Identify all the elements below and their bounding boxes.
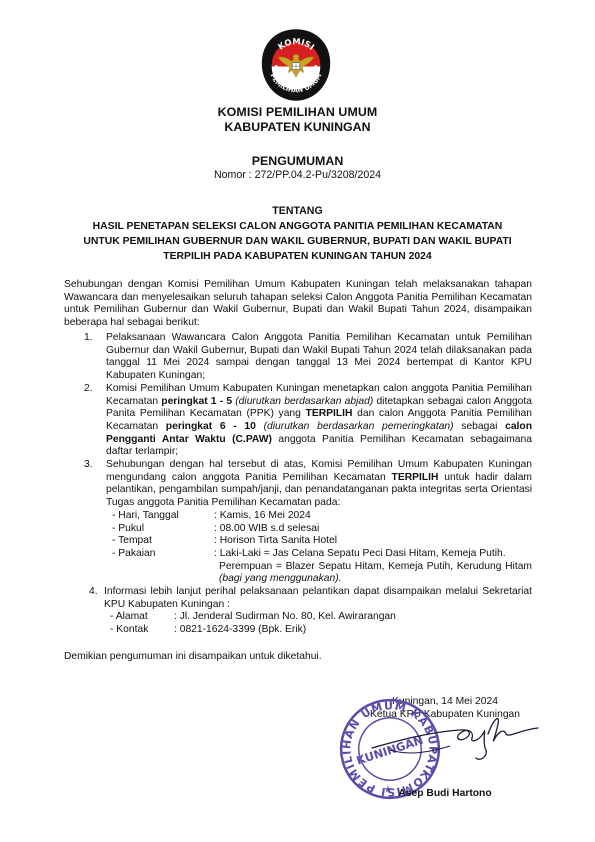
item-text: Pelaksanaan Wawancara Calon Anggota Pani… bbox=[106, 332, 532, 381]
list-item: 4. Informasi lebih lanjut perihal pelaks… bbox=[64, 586, 532, 637]
event-attire-row: - Pakaian : Laki-Laki = Jas Celana Sepat… bbox=[112, 548, 532, 586]
closing-statement: Demikian pengumuman ini disampaikan untu… bbox=[64, 651, 322, 662]
event-time-row: - Pukul : 08.00 WIB s.d selesai bbox=[112, 523, 532, 536]
organization-name: KOMISI PEMILIHAN UMUM bbox=[0, 105, 595, 119]
announcement-points: 1. Pelaksanaan Wawancara Calon Anggota P… bbox=[64, 332, 532, 637]
item-number: 3. bbox=[84, 459, 93, 472]
list-item: 2. Komisi Pemilihan Umum Kabupaten Kunin… bbox=[64, 383, 532, 459]
item-number: 1. bbox=[84, 332, 93, 345]
subject-line: HASIL PENETAPAN SELEKSI CALON ANGGOTA PA… bbox=[0, 219, 595, 234]
subject-title: HASIL PENETAPAN SELEKSI CALON ANGGOTA PA… bbox=[0, 219, 595, 265]
intro-paragraph: Sehubungan dengan Komisi Pemilihan Umum … bbox=[64, 279, 532, 330]
item-text: Komisi Pemilihan Umum Kabupaten Kuningan… bbox=[106, 383, 532, 458]
event-date-row: - Hari, Tanggal : Kamis, 16 Mei 2024 bbox=[112, 510, 532, 523]
event-place-row: - Tempat : Horison Tirta Sanita Hotel bbox=[112, 535, 532, 548]
contact-phone-row: - Kontak : 0821-1624-3399 (Bpk. Erik) bbox=[110, 624, 532, 637]
subject-label: TENTANG bbox=[0, 205, 595, 217]
document-page: KOMISI PEMILIHAN UMUM KOMISI PEMILIHAN U… bbox=[0, 0, 595, 842]
contact-address-row: - Alamat : Jl. Jenderal Sudirman No. 80,… bbox=[110, 611, 532, 624]
announcement-title: PENGUMUMAN bbox=[0, 154, 595, 168]
subject-line: UNTUK PEMILIHAN GUBERNUR DAN WAKIL GUBER… bbox=[0, 234, 595, 249]
handwritten-signature-icon bbox=[370, 710, 540, 770]
item-number: 2. bbox=[84, 383, 93, 396]
list-item: 1. Pelaksanaan Wawancara Calon Anggota P… bbox=[64, 332, 532, 383]
subject-line: TERPILIH PADA KABUPATEN KUNINGAN TAHUN 2… bbox=[0, 249, 595, 264]
attire-women: Perempuan = Blazer Sepatu Hitam, Kemeja … bbox=[214, 561, 532, 586]
item-text: Sehubungan dengan hal tersebut di atas, … bbox=[106, 459, 532, 508]
list-item: 3. Sehubungan dengan hal tersebut di ata… bbox=[64, 459, 532, 586]
kpu-logo-icon: KOMISI PEMILIHAN UMUM bbox=[258, 27, 334, 103]
item-text: Informasi lebih lanjut perihal pelaksana… bbox=[104, 586, 532, 610]
item-number: 4. bbox=[89, 586, 98, 599]
signatory-name: Asep Budi Hartono bbox=[360, 788, 530, 799]
announcement-number: Nomor : 272/PP.04.2-Pu/3208/2024 bbox=[0, 169, 595, 181]
organization-regency: KABUPATEN KUNINGAN bbox=[0, 120, 595, 134]
